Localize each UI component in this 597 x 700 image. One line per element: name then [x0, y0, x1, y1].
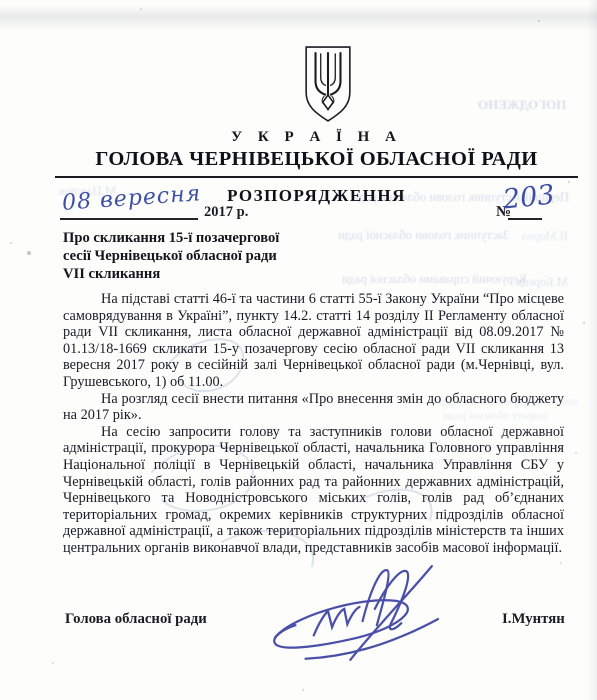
subject-block: Про скликання 15-ї позачергової сесії Че…: [63, 229, 564, 283]
subject-line: сесії Чернівецької обласної ради: [63, 247, 564, 265]
date-underline: [60, 218, 198, 220]
bleedthrough-text: ПОГОДЖЕНО: [478, 97, 566, 113]
document-body: Про скликання 15-ї позачергової сесії Че…: [63, 229, 564, 557]
signature-autograph: [260, 558, 455, 670]
number-underline: [508, 218, 542, 220]
date-year: 2017 р.: [204, 204, 248, 221]
scan-fold-shadow: [0, 5, 597, 31]
document-page: ПОГОДЖЕНО Перший заступник голови обласн…: [0, 0, 597, 700]
subject-line: Про скликання 15-ї позачергової: [63, 229, 564, 247]
header-rule: [55, 176, 578, 178]
authority-name: ГОЛОВА ЧЕРНІВЕЦЬКОЇ ОБЛАСНОЇ РАДИ: [55, 148, 578, 171]
subject-line: VII скликання: [63, 265, 564, 283]
signer-name: І.Мунтян: [502, 611, 565, 628]
scan-edge-shade: [587, 0, 597, 700]
body-paragraph: На розгляд сесії внести питання «Про вне…: [63, 391, 564, 424]
scan-dust-specks: [0, 0, 2, 2]
coat-of-arms-emblem: [302, 44, 354, 124]
body-paragraph: На підставі статті 46-ї та частини 6 ста…: [63, 291, 564, 391]
body-paragraph: На сесію запросити голову та заступників…: [63, 424, 564, 557]
handwritten-number: 203: [502, 179, 557, 215]
signer-title: Голова обласної ради: [65, 611, 207, 628]
country-name: У К Р А Ї Н А: [55, 129, 578, 146]
